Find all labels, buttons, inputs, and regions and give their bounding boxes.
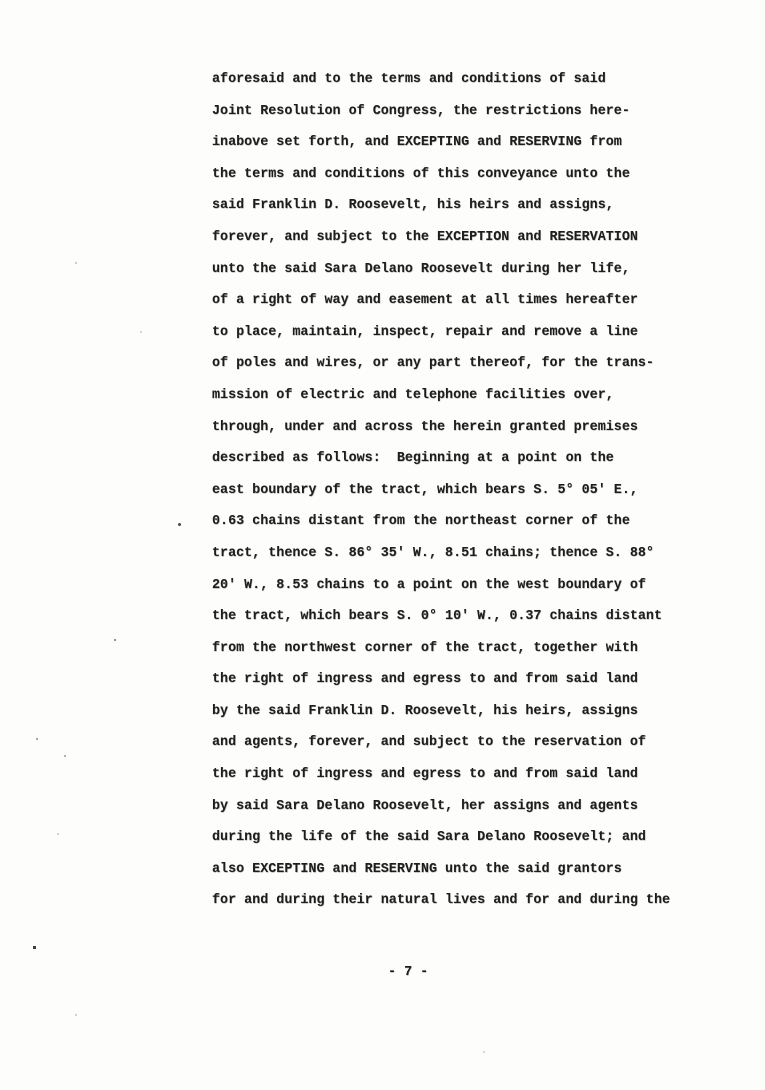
scan-speck — [36, 738, 38, 740]
text-line: aforesaid and to the terms and condition… — [212, 64, 692, 96]
page-number: - 7 - — [388, 962, 428, 984]
text-line: east boundary of the tract, which bears … — [212, 475, 692, 507]
text-line: the terms and conditions of this conveya… — [212, 159, 692, 191]
document-body: aforesaid and to the terms and condition… — [212, 64, 692, 917]
scan-speck — [57, 833, 59, 835]
text-line: by said Sara Delano Roosevelt, her assig… — [212, 791, 692, 823]
scanned-document-page: aforesaid and to the terms and condition… — [0, 0, 765, 1090]
scan-speck — [178, 523, 181, 526]
text-line: mission of electric and telephone facili… — [212, 380, 692, 412]
text-line: the right of ingress and egress to and f… — [212, 759, 692, 791]
scan-speck — [75, 1014, 77, 1016]
text-line: and agents, forever, and subject to the … — [212, 727, 692, 759]
text-line: 20' W., 8.53 chains to a point on the we… — [212, 570, 692, 602]
text-line: of poles and wires, or any part thereof,… — [212, 348, 692, 380]
text-line: forever, and subject to the EXCEPTION an… — [212, 222, 692, 254]
scan-speck — [64, 755, 66, 757]
text-line: described as follows: Beginning at a poi… — [212, 443, 692, 475]
scan-speck — [483, 1051, 485, 1053]
scan-speck — [114, 639, 116, 641]
text-line: the tract, which bears S. 0° 10' W., 0.3… — [212, 601, 692, 633]
text-line: to place, maintain, inspect, repair and … — [212, 317, 692, 349]
text-line: tract, thence S. 86° 35' W., 8.51 chains… — [212, 538, 692, 570]
text-line: during the life of the said Sara Delano … — [212, 822, 692, 854]
text-line: for and during their natural lives and f… — [212, 885, 692, 917]
text-line: the right of ingress and egress to and f… — [212, 664, 692, 696]
text-line: also EXCEPTING and RESERVING unto the sa… — [212, 854, 692, 886]
text-line: said Franklin D. Roosevelt, his heirs an… — [212, 190, 692, 222]
text-line: through, under and across the herein gra… — [212, 412, 692, 444]
scan-speck — [33, 946, 36, 949]
text-line: Joint Resolution of Congress, the restri… — [212, 96, 692, 128]
scan-speck — [75, 262, 77, 264]
scan-speck — [140, 331, 142, 333]
text-line: unto the said Sara Delano Roosevelt duri… — [212, 254, 692, 286]
text-line: inabove set forth, and EXCEPTING and RES… — [212, 127, 692, 159]
text-line: from the northwest corner of the tract, … — [212, 633, 692, 665]
text-line: 0.63 chains distant from the northeast c… — [212, 506, 692, 538]
text-line: by the said Franklin D. Roosevelt, his h… — [212, 696, 692, 728]
text-line: of a right of way and easement at all ti… — [212, 285, 692, 317]
